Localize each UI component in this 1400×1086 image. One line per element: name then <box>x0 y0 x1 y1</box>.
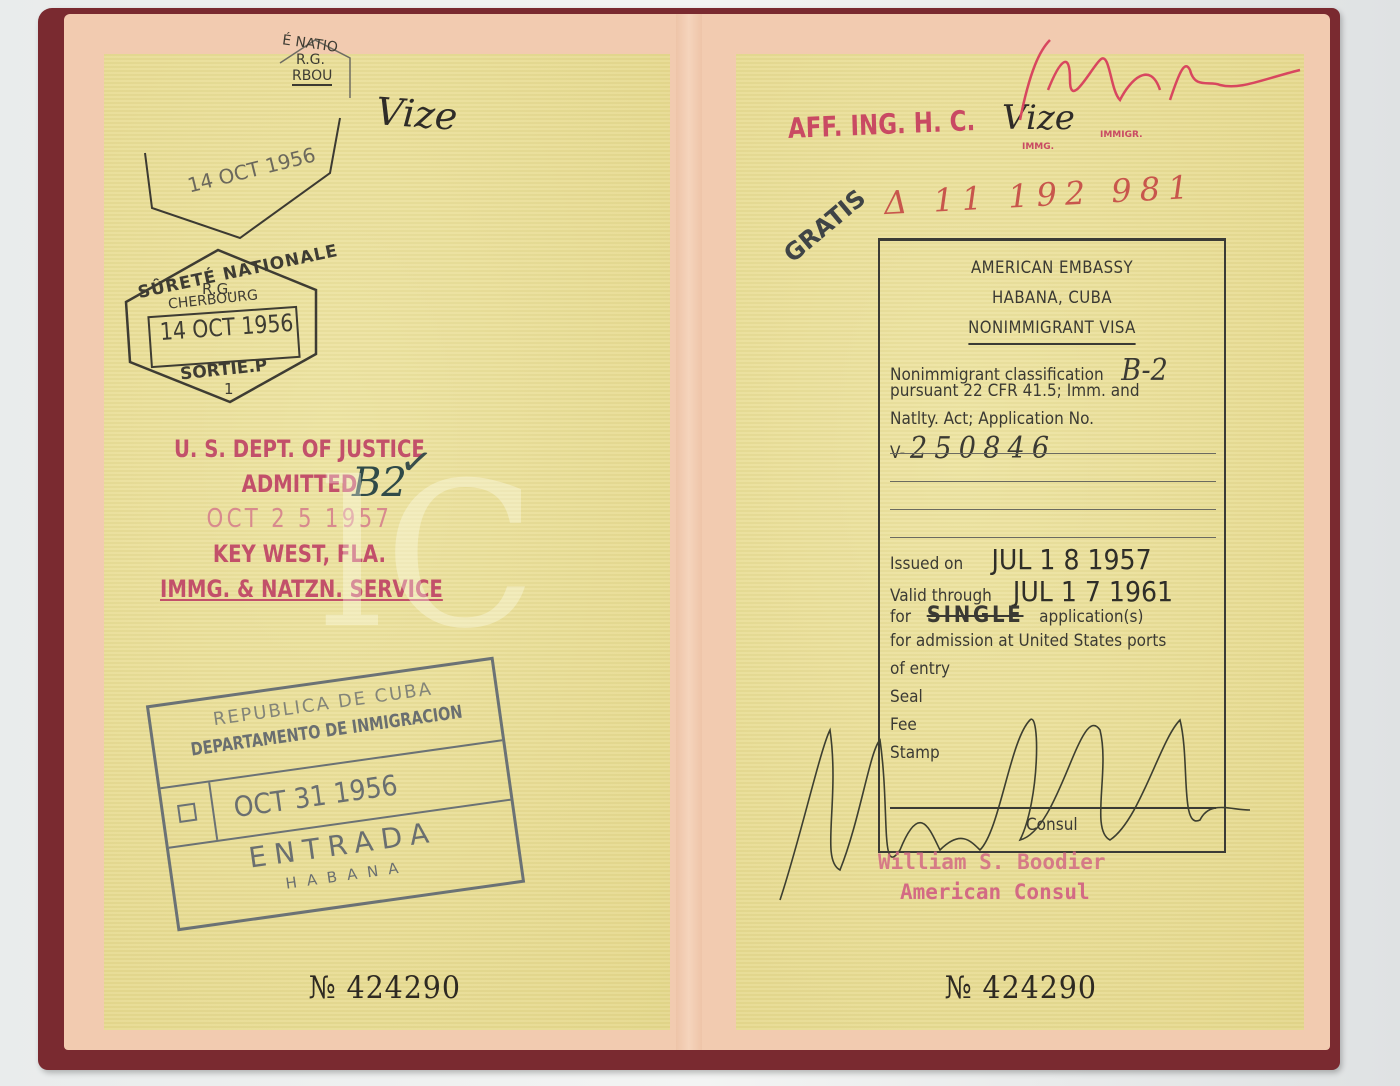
visa-city: HABANA, CUBA <box>901 283 1204 313</box>
issued-date: JUL 1 8 1957 <box>991 543 1151 576</box>
consul-typed-name: William S. Boodier <box>878 850 1106 874</box>
consul-signature-line <box>890 807 1216 809</box>
partial-stamp-line: RBOU <box>292 68 332 86</box>
immigr-sub-label: IMMIGR. <box>1100 130 1143 140</box>
nonimmigrant-visa-stamp: AMERICAN EMBASSY HABANA, CUBA NONIMMIGRA… <box>878 238 1226 853</box>
cuba-entrada-stamp: REPUBLICA DE CUBA DEPARTAMENTO DE INMIGR… <box>146 657 525 932</box>
form-rule <box>890 453 1216 454</box>
left-serial-number: № 424290 <box>309 970 461 1006</box>
cuba-date: OCT 31 1956 <box>232 768 400 824</box>
natlty-text: Natlty. Act; Application No. <box>890 409 1183 429</box>
form-rule <box>890 537 1216 538</box>
watermark-decoration: lC <box>320 440 537 673</box>
page-gutter <box>676 14 702 1050</box>
visa-embassy: AMERICAN EMBASSY <box>901 253 1204 283</box>
vize-label: Vize <box>375 89 459 139</box>
form-rule <box>890 509 1216 510</box>
for-label: for <box>890 607 911 627</box>
visa-title: NONIMMIGRANT VISA <box>968 313 1136 345</box>
admission-text: for admission at United States ports <box>890 631 1183 651</box>
issued-label: Issued on <box>890 554 963 574</box>
pursuant-text: pursuant 22 CFR 41.5; Imm. and <box>890 381 1183 401</box>
partial-stamp-line: R.G. <box>296 52 325 68</box>
surete-line5: 1 <box>224 380 234 398</box>
right-serial-number: № 424290 <box>945 970 1097 1006</box>
immg-sub-label: IMMG. <box>1022 142 1054 152</box>
applications-label: application(s) <box>1039 607 1143 627</box>
right-vize-label: Vize <box>1002 98 1075 138</box>
fee-label: Fee <box>890 715 1183 735</box>
partial-exit-stamp-outline <box>140 28 360 248</box>
application-number: 250846 <box>910 431 1056 466</box>
consul-typed-title: American Consul <box>900 880 1090 904</box>
cuba-checkbox-icon <box>161 782 219 846</box>
consul-label: Consul <box>1026 815 1197 835</box>
form-rule <box>890 481 1216 482</box>
stamp-label: Stamp <box>890 743 1183 763</box>
entries-value: SINGLE <box>927 603 1024 628</box>
seal-label: Seal <box>890 687 1183 707</box>
of-entry-text: of entry <box>890 659 1183 679</box>
